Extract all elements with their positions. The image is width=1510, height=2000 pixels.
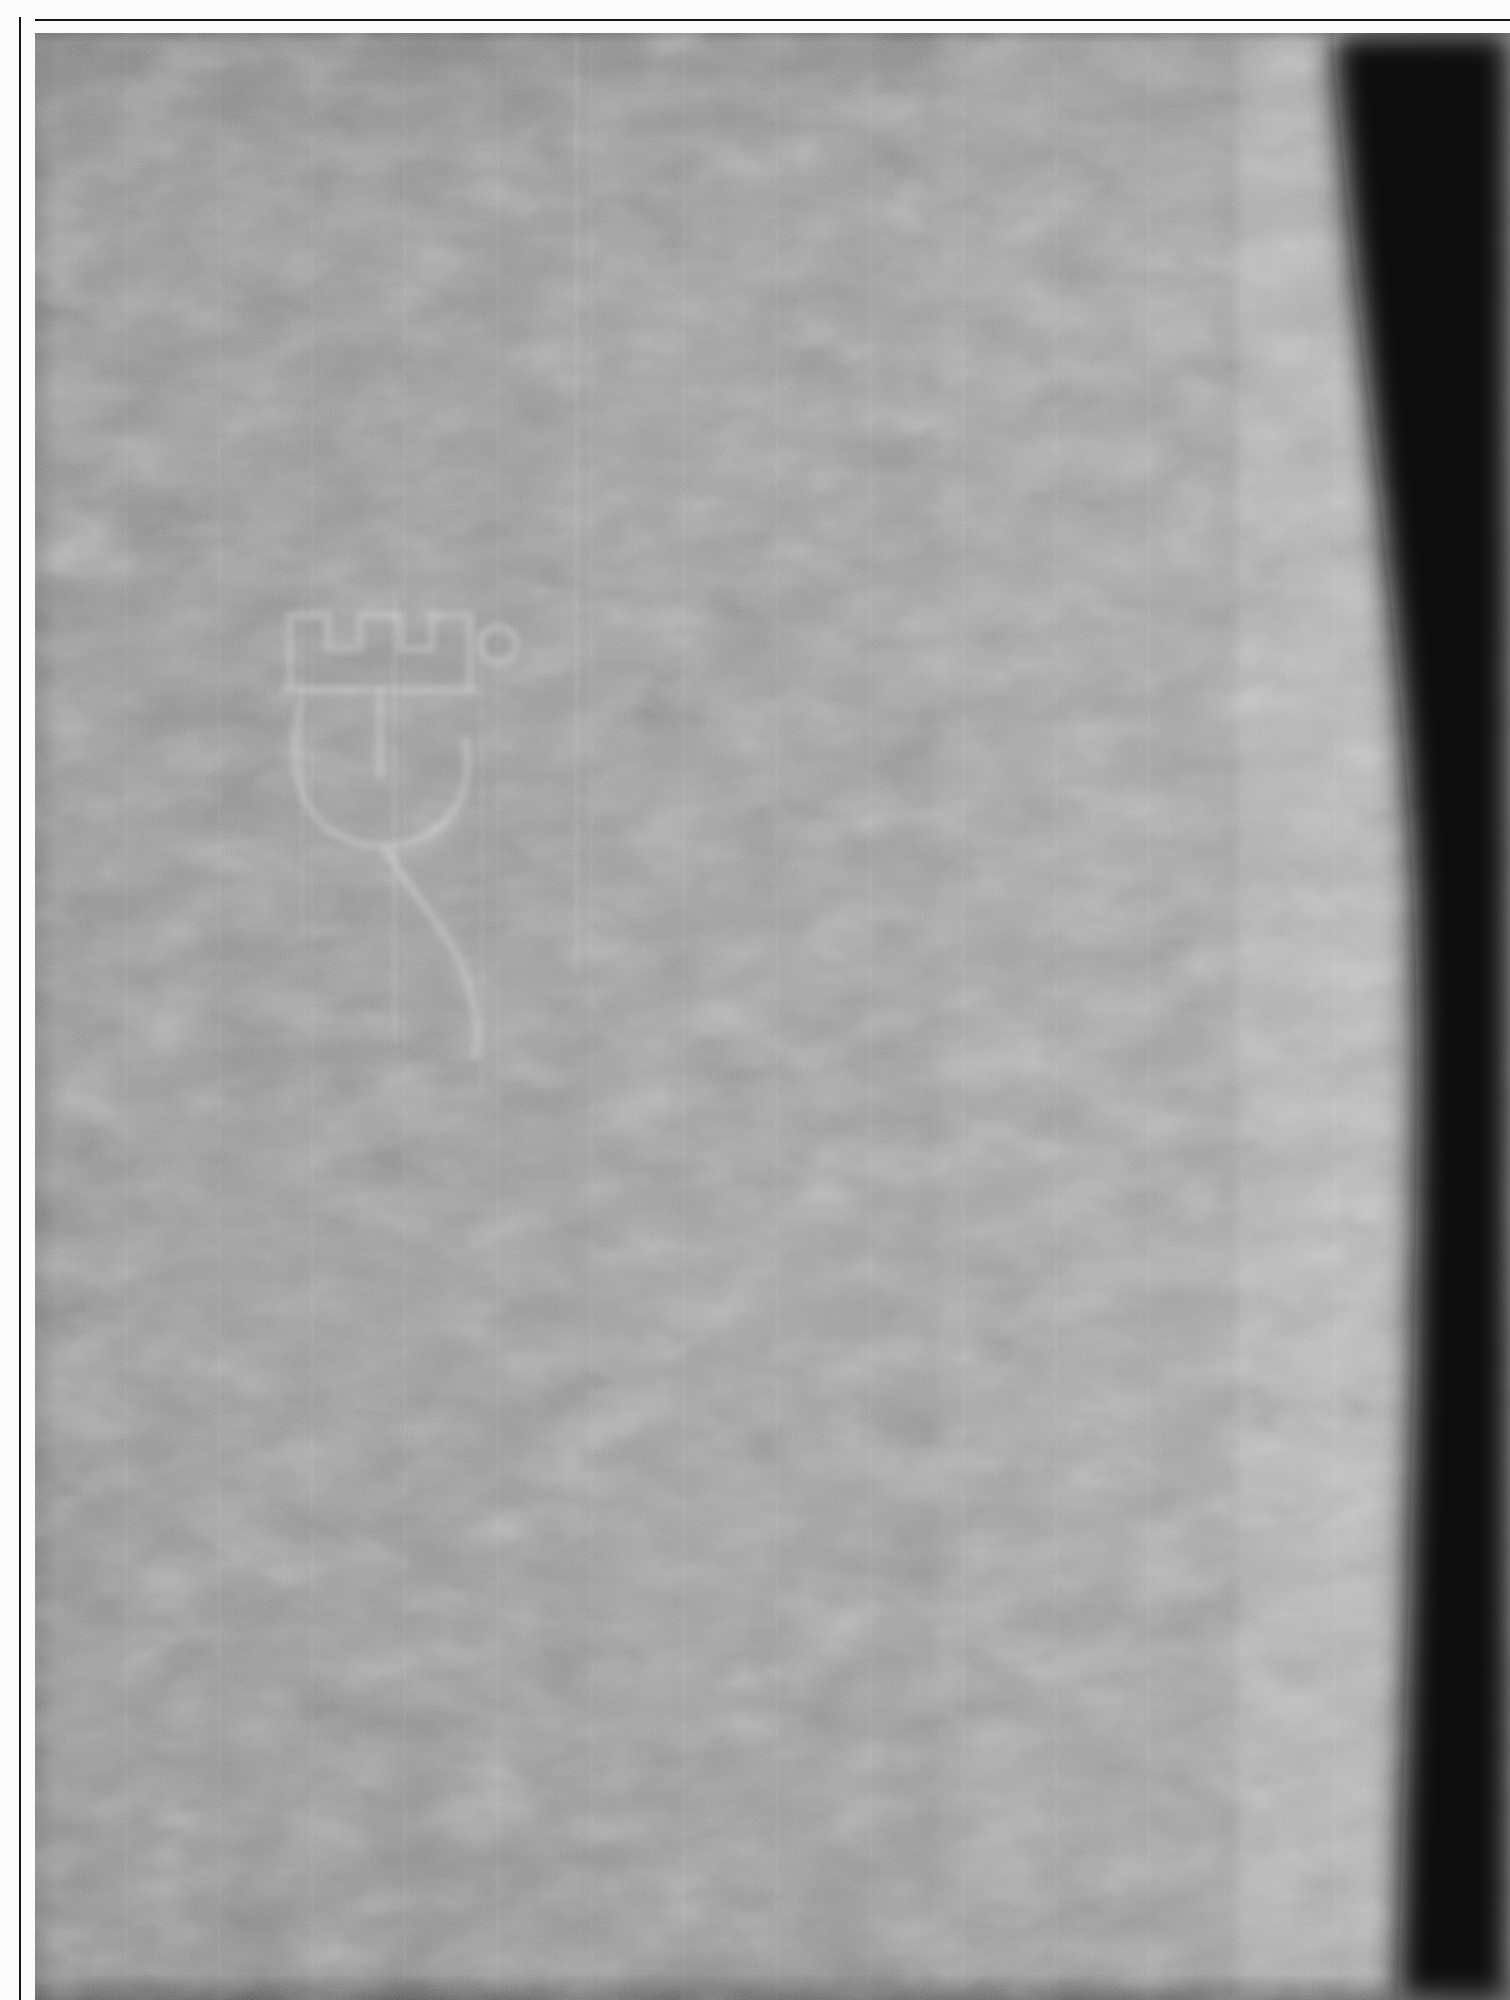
top-ruler-baseline [17, 19, 1510, 21]
watermark-crenellation [290, 615, 470, 685]
chain-line [480, 633, 484, 1093]
manuscript-paper [35, 33, 1510, 2000]
left-ruler-cm [0, 0, 35, 2000]
chain-line [392, 593, 397, 1043]
scan-dark-edge [1100, 33, 1510, 2000]
chain-line [300, 593, 304, 943]
left-ruler-baseline [19, 17, 21, 2000]
watermark-crown [230, 590, 550, 1070]
top-ruler-cm [0, 0, 1510, 33]
chain-line [575, 33, 578, 973]
watermark-tail [385, 848, 477, 1055]
watermark-side-ring [480, 627, 516, 663]
paper-left-edge-shade [35, 33, 57, 2000]
scanned-manuscript-page [0, 0, 1510, 2000]
